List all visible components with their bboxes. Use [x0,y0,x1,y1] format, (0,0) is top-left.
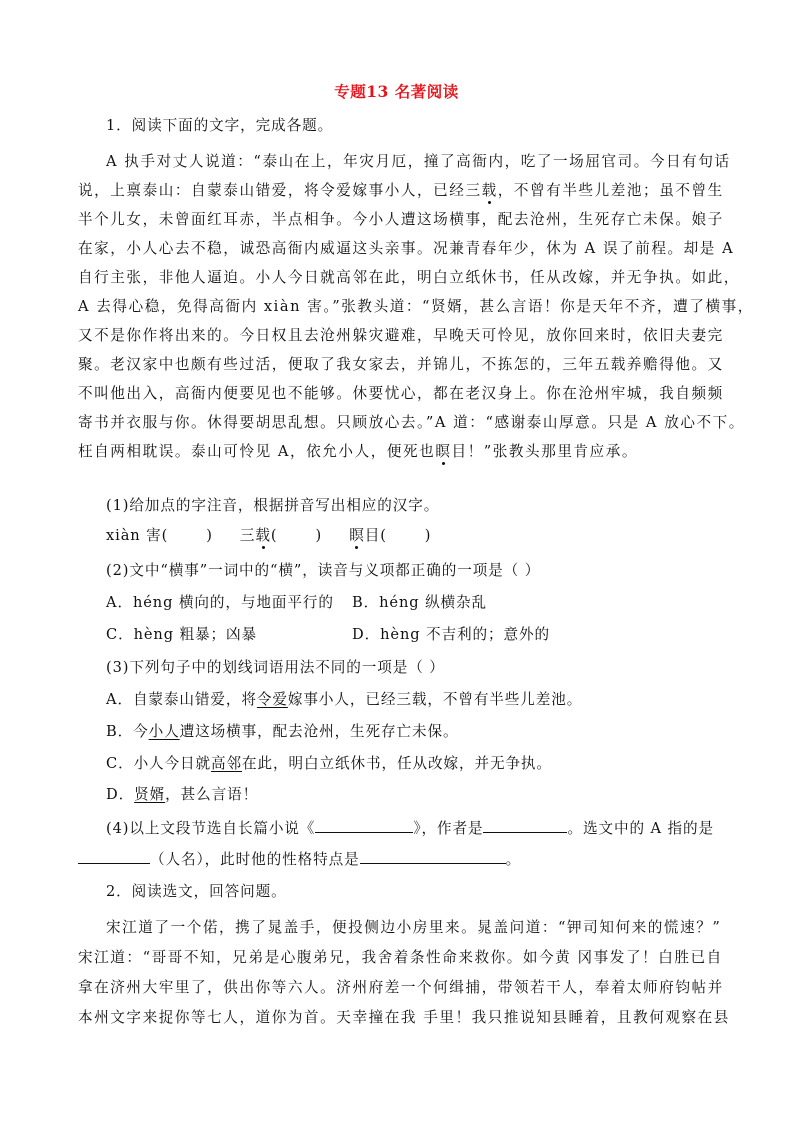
passage-line: 本州文字来捉你等七人，道你为首。天幸撞在我 手里！我只推说知县睡着，且教何观察在… [78,1008,718,1028]
subquestion-1-items: xiàn 害() 三载() 瞑目() [106,526,718,546]
pinyin-item: xiàn 害() [106,527,213,544]
passage-line: 寄书并衣服与你。休得要胡思乱想。只顾放心去。”A 道：“感谢泰山厚意。只是 A … [78,413,718,433]
passage-line: 说，上禀泰山：自蒙泰山错爱，将令爱嫁事小人，已经三载，不曾有半些儿差池；虽不曾生 [78,181,718,201]
passage-line: 宋江道了一个偌，携了晁盖手，便投侧边小房里来。晁盖问道：“钾司知何来的慌速？” [106,918,718,938]
passage-line: A 执手对丈人说道：“泰山在上，年灾月厄，撞了高衙内，吃了一场屈官司。今日有句话 [106,152,718,172]
option-d[interactable]: D．hèng 不吉利的；意外的 [352,626,550,643]
option-b[interactable]: B．今小人遭这场横事，配去沧州，生死存亡未保。 [106,722,718,742]
novel-title-blank[interactable] [315,818,413,833]
passage-line: 宋江道：“哥哥不知，兄弟是心腹弟兄，我舍着条性命来救你。如今黄 冈事发了！白胜已… [78,948,718,968]
passage-line: 自行主张，非他人逼迫。小人今日就高邻在此，明白立纸休书，任从改嫁，并无争执。如此… [78,268,718,288]
subquestion-3-prompt: (3)下列句子中的划线词语用法不同的一项是（ ） [106,658,718,678]
option-a[interactable]: A．héng 横向的，与地面平行的 [106,593,352,613]
option-c[interactable]: C．hèng 粗暴；凶暴 [106,625,352,645]
underlined-word: 令爱 [257,691,288,708]
pinyin-item: 瞑目() [349,527,431,544]
emphasis-dot-char: 载 [482,182,498,199]
character-name-blank[interactable] [78,849,150,864]
question-2-heading: 2．阅读选文，回答问题。 [106,882,718,902]
option-b[interactable]: B．héng 纵横杂乱 [352,594,487,611]
subquestion-4-line-1: (4)以上文段节选自长篇小说《》，作者是。选文中的 A 指的是 [106,818,718,839]
option-d[interactable]: D．贤婿，甚么言语！ [106,785,718,805]
option-row: C．hèng 粗暴；凶暴D．hèng 不吉利的；意外的 [106,625,718,645]
option-c[interactable]: C．小人今日就高邻在此，明白立纸休书，任从改嫁，并无争执。 [106,754,718,774]
passage-line: 在家，小人心去不稳，诚恐高衙内威逼这头亲事。况兼青春年少，休为 A 误了前程。却… [78,239,718,259]
emphasis-dot-char: 载 [255,527,271,544]
subquestion-1-prompt: (1)给加点的字注音，根据拼音写出相应的汉字。 [106,496,718,516]
passage-line: 又不是你作将出来的。今日权且去沧州躲灾避难，早晚天可怜见，放你回来时，依旧夫妻完 [78,326,718,346]
subquestion-4-line-2: （人名），此时他的性格特点是。 [78,849,718,870]
question-1-heading: 1．阅读下面的文字，完成各题。 [106,116,718,136]
passage-line: 枉自两相耽误。泰山可怜见 A，依允小人，便死也瞑目！”张教头那里肯应承。 [78,442,718,462]
document-page: 专题13 名著阅读 1．阅读下面的文字，完成各题。 A 执手对丈人说道：“泰山在… [0,0,793,1122]
emphasis-dot-char: 瞑 [349,527,365,544]
subquestion-2-prompt: (2)文中“横事”一词中的“横”，读音与义项都正确的一项是（ ） [106,561,718,581]
page-title: 专题13 名著阅读 [0,80,793,102]
pinyin-item: 三载() [240,527,322,544]
author-blank[interactable] [483,818,567,833]
underlined-word: 贤婿 [134,786,165,803]
passage-line: 半个儿女，未曾面红耳赤，半点相争。今小人遭这场横事，配去沧州，生死存亡未保。娘子 [78,210,718,230]
option-row: A．héng 横向的，与地面平行的B．héng 纵横杂乱 [106,593,718,613]
character-trait-blank[interactable] [360,849,506,864]
passage-line: A 去得心稳，免得高衙内 xiàn 害。”张教头道：“贤婿，甚么言语！你是天年不… [78,297,718,317]
passage-line: 拿在济州大牢里了，供出你等六人。济州府差一个何缉捕，带领若干人，奉着太师府钧帖并 [78,978,718,998]
underlined-word: 高邻 [211,755,242,772]
option-a[interactable]: A．自蒙泰山错爱，将令爱嫁事小人，已经三载，不曾有半些儿差池。 [106,690,718,710]
passage-line: 聚。老汉家中也颇有些过活，便取了我女家去，并锦儿，不拣怎的，三年五载养赡得他。又 [78,355,718,375]
emphasis-dot-char: 瞑 [435,443,451,460]
underlined-word: 小人 [149,723,180,740]
passage-line: 不叫他出入，高衙内便要见也不能够。休要忧心，都在老汉身上。你在沧州牢城，我自频频 [78,384,718,404]
